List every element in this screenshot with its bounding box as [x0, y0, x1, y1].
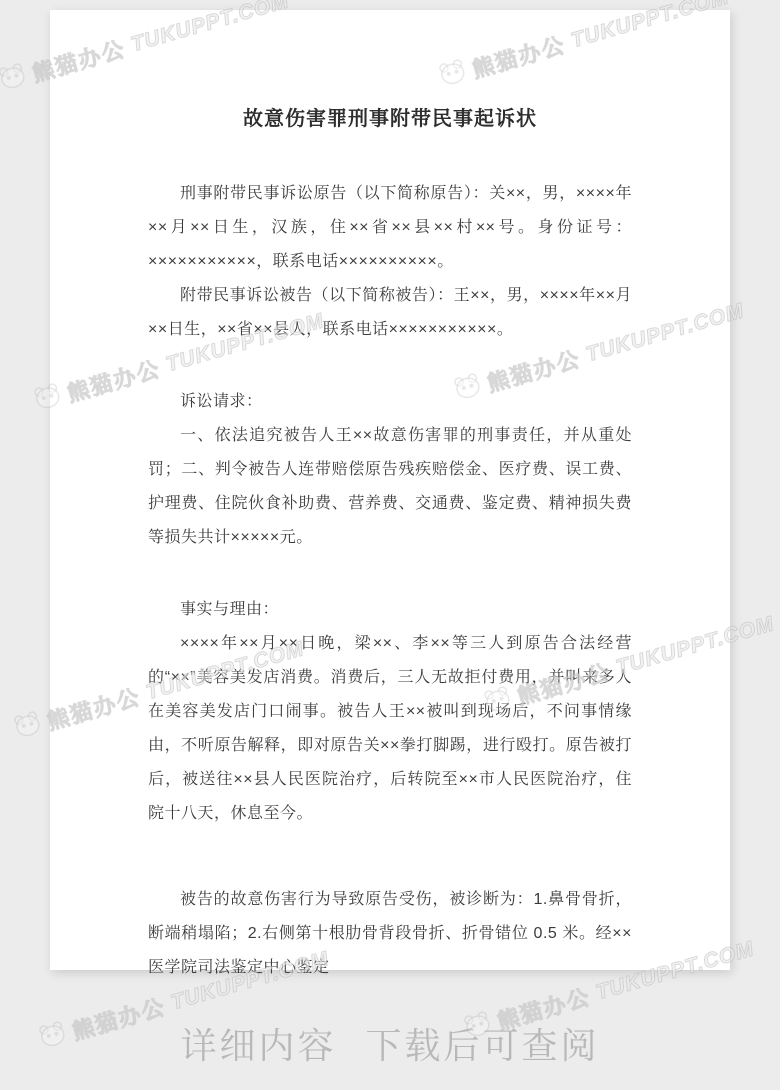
- panda-icon: [12, 710, 45, 745]
- paragraph-plaintiff: 刑事附带民事诉讼原告（以下简称原告）：关××，男，××××年××月××日生，汉族…: [148, 177, 632, 279]
- panda-icon: [0, 62, 30, 97]
- document-title: 故意伤害罪刑事附带民事起诉状: [148, 105, 632, 133]
- paragraph-claims: 一、依法追究被告人王××故意伤害罪的刑事责任，并从重处罚；二、判令被告人连带赔偿…: [148, 419, 632, 555]
- footer-caption: 详细内容 下载后可查阅: [0, 1022, 780, 1070]
- paragraph-diagnosis: 被告的故意伤害行为导致原告受伤，被诊断为：1.鼻骨骨折，断端稍塌陷；2.右侧第十…: [148, 883, 632, 985]
- heading-facts: 事实与理由：: [148, 593, 632, 627]
- paragraph-facts: ××××年××月××日晚，梁××、李××等三人到原告合法经营的“××”美容美发店…: [148, 627, 632, 831]
- document-content: 故意伤害罪刑事附带民事起诉状 刑事附带民事诉讼原告（以下简称原告）：关××，男，…: [50, 10, 730, 985]
- document-title-text: 故意伤害罪刑事附带民事起诉状: [243, 108, 537, 130]
- document-preview-canvas: { "document": { "title": "故意伤害罪刑事附带民事起诉状…: [0, 0, 780, 1090]
- document-page: 故意伤害罪刑事附带民事起诉状 刑事附带民事诉讼原告（以下简称原告）：关××，男，…: [50, 10, 730, 970]
- heading-claims: 诉讼请求：: [148, 385, 632, 419]
- paragraph-defendant: 附带民事诉讼被告（以下简称被告）：王××，男，××××年××月××日生，××省×…: [148, 279, 632, 347]
